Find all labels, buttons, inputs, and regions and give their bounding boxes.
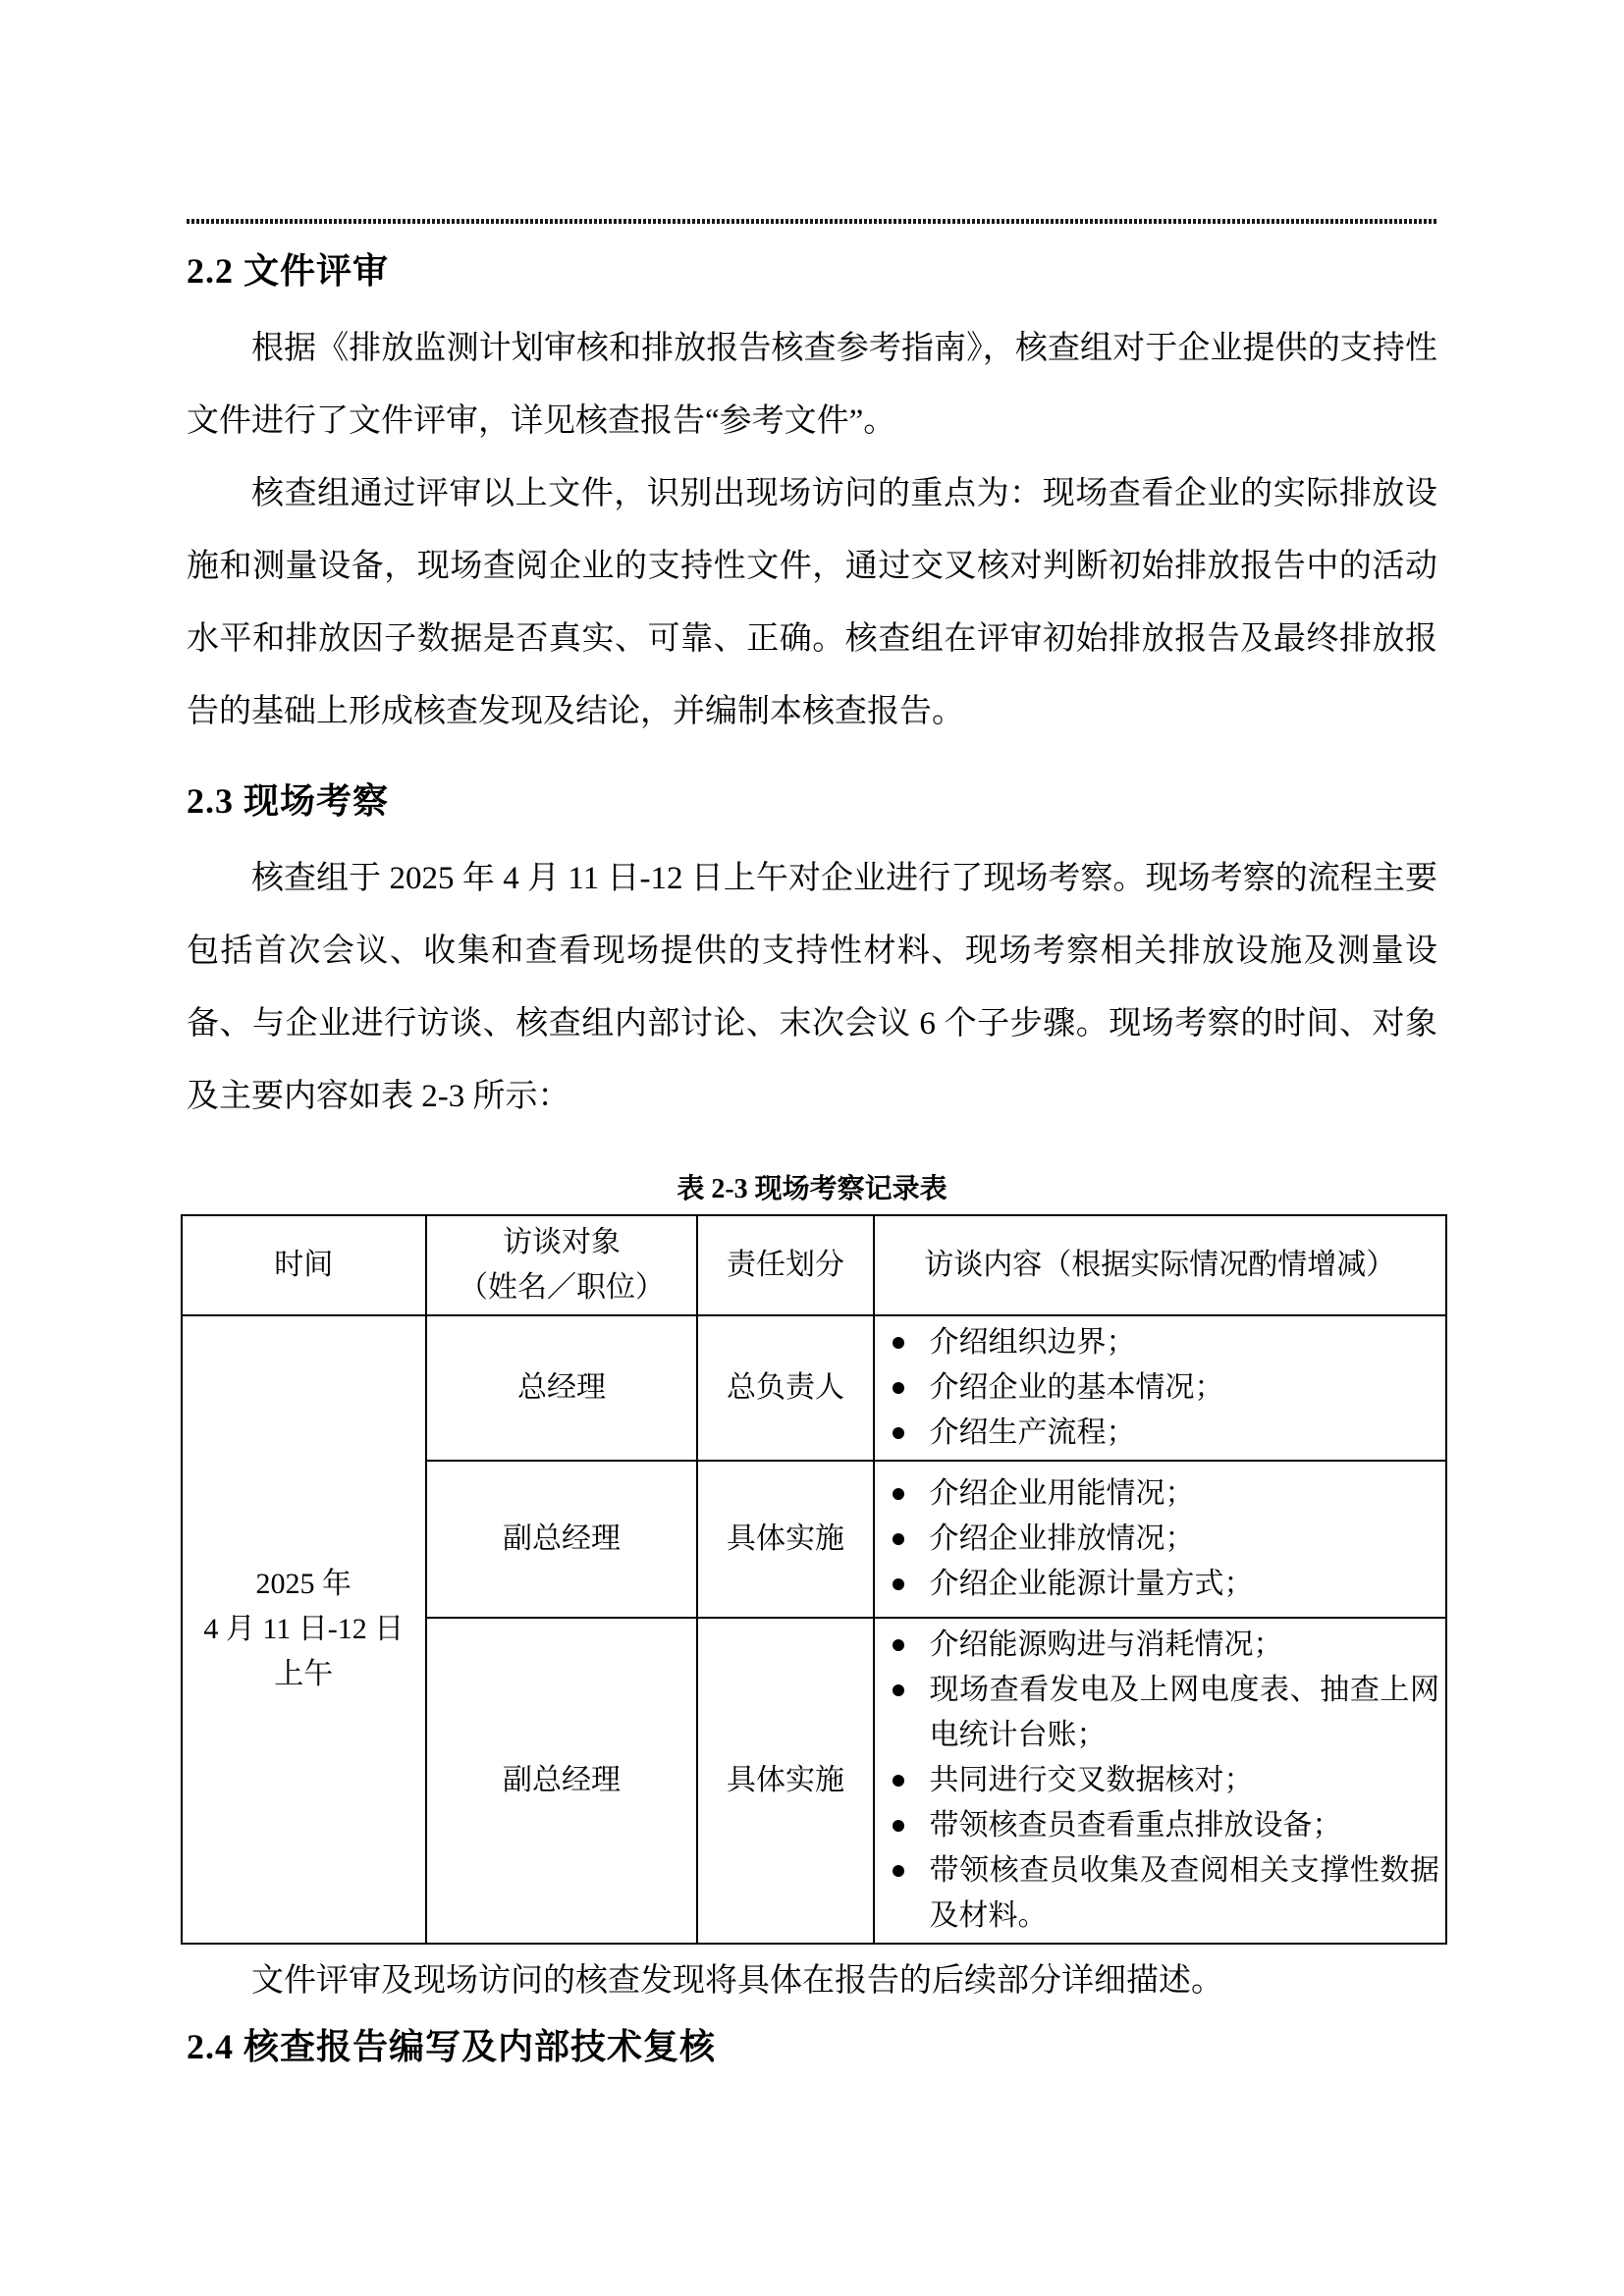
section-heading-2-3: 2.3 现场考察: [187, 777, 1437, 825]
column-header-interviewee: 访谈对象 （姓名／职位）: [426, 1215, 698, 1315]
interviewee-cell: 总经理: [426, 1315, 698, 1461]
table-caption: 表 2-3 现场考察记录表: [187, 1170, 1437, 1209]
topic-list: 介绍组织边界；介绍企业的基本情况；介绍生产流程；: [881, 1320, 1439, 1456]
topic-item: 介绍组织边界；: [881, 1320, 1439, 1365]
interviewee-cell: 副总经理: [426, 1461, 698, 1618]
paragraph-closing: 文件评审及现场访问的核查发现将具体在报告的后续部分详细描述。: [187, 1945, 1437, 2017]
paragraph-document-review-1: 根据《排放监测计划审核和排放报告核查参考指南》，核查组对于企业提供的支持性文件进…: [187, 312, 1437, 457]
table-header-row: 时间 访谈对象 （姓名／职位） 责任划分 访谈内容（根据实际情况酌情增减）: [182, 1215, 1446, 1315]
topic-item: 介绍企业的基本情况；: [881, 1365, 1439, 1411]
topic-item: 现场查看发电及上网电度表、抽查上网电统计台账；: [881, 1668, 1439, 1758]
topic-item: 介绍企业排放情况；: [881, 1517, 1439, 1562]
section-heading-2-2: 2.2 文件评审: [187, 247, 1437, 294]
responsibility-cell: 具体实施: [697, 1461, 873, 1618]
column-header-responsibility: 责任划分: [697, 1215, 873, 1315]
section-heading-2-4: 2.4 核查报告编写及内部技术复核: [187, 2023, 1437, 2070]
topic-list: 介绍能源购进与消耗情况；现场查看发电及上网电度表、抽查上网电统计台账；共同进行交…: [881, 1623, 1439, 1939]
time-cell: 2025 年 4 月 11 日-12 日 上午: [182, 1315, 426, 1944]
document-page: 2.2 文件评审 根据《排放监测计划审核和排放报告核查参考指南》，核查组对于企业…: [187, 0, 1437, 2070]
topic-item: 介绍能源购进与消耗情况；: [881, 1623, 1439, 1668]
topic-item: 介绍企业能源计量方式；: [881, 1562, 1439, 1607]
topic-list: 介绍企业用能情况；介绍企业排放情况；介绍企业能源计量方式；: [881, 1471, 1439, 1607]
paragraph-document-review-2: 核查组通过评审以上文件，识别出现场访问的重点为：现场查看企业的实际排放设施和测量…: [187, 457, 1437, 748]
column-header-content: 访谈内容（根据实际情况酌情增减）: [874, 1215, 1446, 1315]
topic-item: 带领核查员查看重点排放设备；: [881, 1803, 1439, 1848]
topic-item: 介绍企业用能情况；: [881, 1471, 1439, 1517]
responsibility-cell: 具体实施: [697, 1618, 873, 1944]
responsibility-cell: 总负责人: [697, 1315, 873, 1461]
topics-cell: 介绍组织边界；介绍企业的基本情况；介绍生产流程；: [874, 1315, 1446, 1461]
topic-item: 介绍生产流程；: [881, 1411, 1439, 1456]
topic-item: 共同进行交叉数据核对；: [881, 1758, 1439, 1803]
header-separator-rule: [187, 219, 1437, 224]
column-header-time: 时间: [182, 1215, 426, 1315]
table-row: 2025 年 4 月 11 日-12 日 上午 总经理 总负责人 介绍组织边界；…: [182, 1315, 1446, 1461]
topics-cell: 介绍能源购进与消耗情况；现场查看发电及上网电度表、抽查上网电统计台账；共同进行交…: [874, 1618, 1446, 1944]
interviewee-cell: 副总经理: [426, 1618, 698, 1944]
topics-cell: 介绍企业用能情况；介绍企业排放情况；介绍企业能源计量方式；: [874, 1461, 1446, 1618]
paragraph-site-visit: 核查组于 2025 年 4 月 11 日-12 日上午对企业进行了现场考察。现场…: [187, 842, 1437, 1133]
site-visit-record-table: 时间 访谈对象 （姓名／职位） 责任划分 访谈内容（根据实际情况酌情增减） 20…: [181, 1214, 1447, 1945]
topic-item: 带领核查员收集及查阅相关支撑性数据及材料。: [881, 1848, 1439, 1939]
